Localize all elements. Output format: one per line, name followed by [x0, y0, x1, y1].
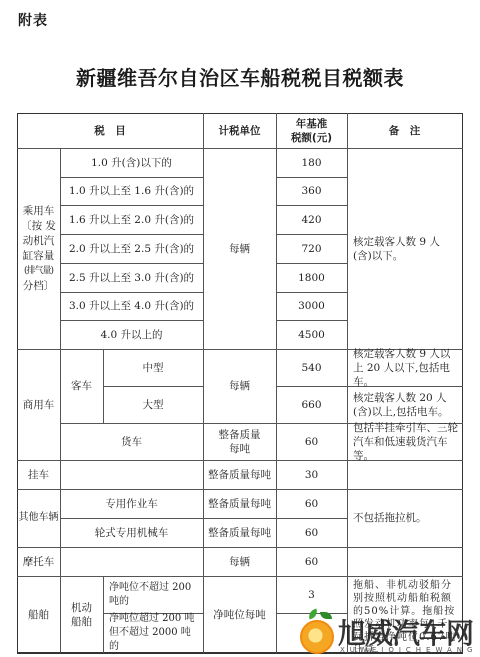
passenger-remark: 核定载客人数 9 人(含)以下。: [347, 148, 462, 349]
passenger-range: 2.5 升以上至 3.0 升(含)的: [60, 263, 203, 292]
category-line: 动机汽: [23, 234, 55, 249]
passenger-range: 4.0 升以上的: [60, 320, 203, 349]
category-line: 分档〕: [23, 279, 55, 294]
passenger-range: 1.0 升(含)以下的: [60, 148, 203, 177]
bus-remark: 核定载客人数 20 人(含)以上,包括电车。: [347, 386, 462, 423]
bus-size: 中型: [103, 349, 203, 386]
trailer-unit: 整备质量每吨: [203, 460, 276, 489]
header-amount-line2: 税额(元): [291, 131, 332, 145]
passenger-amount: 180: [276, 148, 347, 177]
motorcycle-unit: 每辆: [203, 547, 276, 576]
passenger-range: 3.0 升以上至 4.0 升(含)的: [60, 292, 203, 320]
passenger-unit: 每辆: [203, 148, 276, 349]
passenger-amount: 420: [276, 205, 347, 234]
passenger-amount: 1800: [276, 263, 347, 292]
truck-unit: 整备质量 每吨: [203, 423, 276, 460]
passenger-amount: 4500: [276, 320, 347, 349]
category-trailer: 挂车: [17, 460, 60, 489]
truck-amount: 60: [276, 423, 347, 460]
truck-remark: 包括半挂牵引车、三轮汽车和低速载货汽车等。: [347, 423, 462, 460]
category-other-vehicles: 其他车辆: [17, 489, 60, 547]
tax-rate-table: 税 目 计税单位 年基准 税额(元) 备 注 乘用车 〔按 发 动机汽 缸容量 …: [0, 0, 480, 657]
other-vehicle-label: 专用作业车: [60, 489, 203, 518]
other-vehicle-label: 轮式专用机械车: [60, 518, 203, 547]
passenger-amount: 720: [276, 234, 347, 263]
vessel-range: 净吨位超过 200 吨但不超过 2000 吨的: [103, 613, 203, 653]
truck-unit-line2: 每吨: [229, 442, 250, 456]
orange-logo-icon: [300, 620, 334, 654]
passenger-range: 1.0 升以上至 1.6 升(含)的: [60, 177, 203, 205]
category-line: (排气量): [24, 264, 53, 279]
category-passenger-car: 乘用车 〔按 发 动机汽 缸容量 (排气量) 分档〕: [17, 148, 60, 349]
bus-size: 大型: [103, 386, 203, 423]
bus-unit: 每辆: [203, 349, 276, 423]
other-vehicle-unit: 整备质量每吨: [203, 489, 276, 518]
vessel-sub-line1: 机动: [71, 601, 92, 615]
category-motorcycle: 摩托车: [17, 547, 60, 576]
category-commercial-vehicle: 商用车: [17, 349, 60, 460]
passenger-range: 1.6 升以上至 2.0 升(含)的: [60, 205, 203, 234]
bus-label: 客车: [60, 349, 103, 423]
motorcycle-amount: 60: [276, 547, 347, 576]
leaf-icon: [320, 612, 332, 619]
header-remarks: 备 注: [347, 113, 462, 148]
bus-amount: 660: [276, 386, 347, 423]
vessel-range: 净吨位不超过 200 吨的: [103, 576, 203, 613]
other-vehicle-amount: 60: [276, 518, 347, 547]
header-amount-line1: 年基准: [296, 117, 328, 131]
watermark-subtext: XUWEIQICHEWANG: [340, 646, 477, 654]
vessel-sub-line2: 船舶: [71, 615, 92, 629]
bus-amount: 540: [276, 349, 347, 386]
passenger-amount: 360: [276, 177, 347, 205]
watermark: 旭威汽车网 XUWEIQICHEWANG: [300, 608, 480, 657]
bus-remark: 核定载客人数 9 人以上 20 人以下,包括电车。: [347, 349, 462, 386]
passenger-amount: 3000: [276, 292, 347, 320]
truck-unit-line1: 整备质量: [219, 428, 261, 442]
category-vessel: 船舶: [17, 576, 60, 653]
vessel-unit: 净吨位每吨: [203, 576, 276, 653]
header-unit: 计税单位: [203, 113, 276, 148]
table-border-right: [462, 113, 463, 653]
header-item: 税 目: [17, 113, 203, 148]
category-line: 〔按 发: [21, 219, 56, 234]
trailer-amount: 30: [276, 460, 347, 489]
other-vehicle-amount: 60: [276, 489, 347, 518]
leaf-icon: [307, 609, 319, 620]
category-line: 缸容量: [23, 249, 55, 264]
vessel-sub-category: 机动 船舶: [60, 576, 103, 653]
other-vehicle-unit: 整备质量每吨: [203, 518, 276, 547]
header-amount: 年基准 税额(元): [276, 113, 347, 148]
passenger-range: 2.0 升以上至 2.5 升(含)的: [60, 234, 203, 263]
category-line: 乘用车: [23, 204, 55, 219]
truck-label: 货车: [60, 423, 203, 460]
other-vehicle-remark: 不包括拖拉机。: [347, 489, 462, 547]
